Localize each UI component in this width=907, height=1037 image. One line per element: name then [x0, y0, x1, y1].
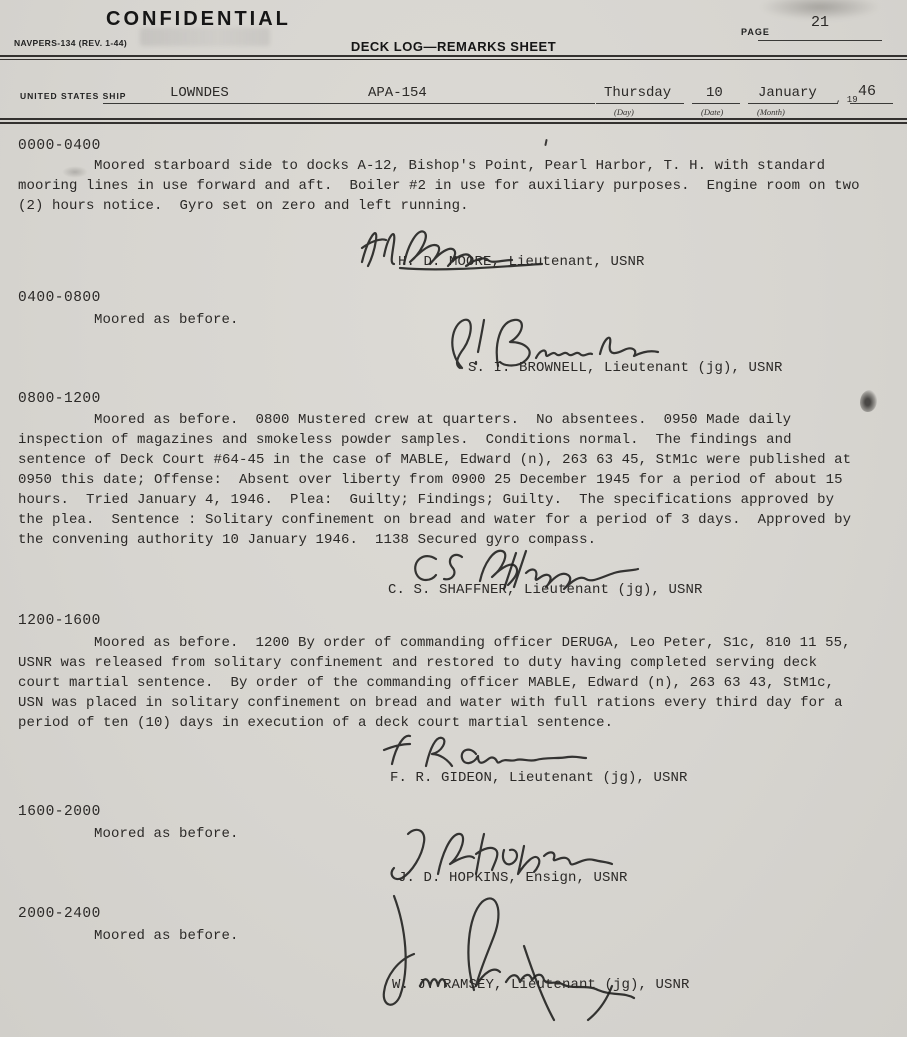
year-value: 46: [858, 83, 876, 100]
date-value: 10: [706, 85, 723, 101]
log-entry-text: Moored as before.: [18, 926, 866, 946]
signature-typed-moore: H. D. MOORE, Lieutenant, USNR: [398, 254, 645, 270]
day-caption: (Day): [614, 107, 634, 117]
log-entry-text: Moored as before.: [18, 824, 866, 844]
ship-name-value: LOWNDES: [170, 85, 229, 101]
month-caption: (Month): [757, 107, 785, 117]
watch-period-2000-2400: 2000-2400: [18, 906, 101, 922]
watch-period-1600-2000: 1600-2000: [18, 804, 101, 820]
ship-line-rule-upper: [0, 118, 907, 120]
log-entry-text: Moored as before.: [18, 310, 866, 330]
signature-typed-gideon: F. R. GIDEON, Lieutenant (jg), USNR: [390, 770, 688, 786]
header-rule-upper: [0, 55, 907, 57]
signature-typed-brownell: S. I. BROWNELL, Lieutenant (jg), USNR: [468, 360, 783, 376]
stray-pen-mark: [544, 139, 547, 146]
log-entry-text: Moored as before. 0800 Mustered crew at …: [18, 410, 866, 550]
log-entry-text: Moored starboard side to docks A-12, Bis…: [18, 156, 866, 216]
classification-stamp: CONFIDENTIAL: [106, 8, 291, 31]
hull-number-value: APA-154: [368, 85, 427, 101]
page-number-value: 21: [758, 14, 882, 41]
watch-period-0400-0800: 0400-0800: [18, 290, 101, 306]
header-rule-lower: [0, 59, 907, 60]
signature-typed-ramsey: W. J. RAMSEY, Lieutenant (jg), USNR: [392, 977, 690, 993]
signature-typed-hopkins: J. D. HOPKINS, Ensign, USNR: [398, 870, 628, 886]
ink-blot-right-margin: [860, 390, 877, 412]
day-value: Thursday: [604, 85, 671, 101]
log-entry-text: Moored as before. 1200 By order of comma…: [18, 633, 866, 733]
month-value: January: [758, 85, 817, 101]
page-title: DECK LOG—REMARKS SHEET: [0, 39, 907, 54]
ship-line-rule-lower: [0, 122, 907, 124]
deck-log-remarks-sheet: CONFIDENTIAL NAVPERS-134 (REV. 1-44) DEC…: [0, 0, 907, 1037]
signature-gideon-autograph: [372, 728, 592, 774]
signature-ramsey-autograph: [372, 888, 672, 1026]
watch-period-0800-1200: 0800-1200: [18, 391, 101, 407]
signature-typed-shaffner: C. S. SHAFFNER, Lieutenant (jg), USNR: [388, 582, 703, 598]
watch-period-0000-0400: 0000-0400: [18, 138, 101, 154]
watch-period-1200-1600: 1200-1600: [18, 613, 101, 629]
date-caption: (Date): [701, 107, 723, 117]
